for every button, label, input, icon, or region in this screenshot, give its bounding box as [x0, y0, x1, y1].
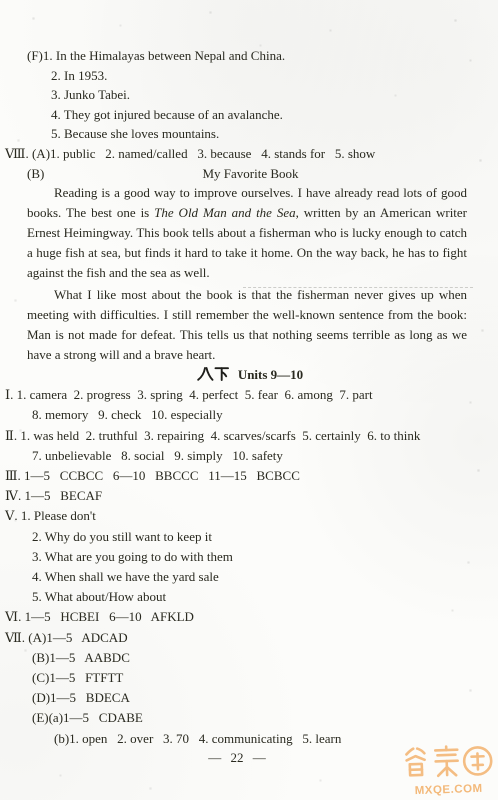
reading-f-item: 3. Junko Tabei.: [0, 85, 474, 105]
reading-f-item: 5. Because she loves mountains.: [0, 124, 474, 144]
answer-line: 2. Why do you still want to keep it: [0, 527, 474, 547]
answer-line: 4. When shall we have the yard sale: [0, 567, 474, 587]
book-title-italic: The Old Man and the Sea: [154, 205, 295, 220]
essay-title: My Favorite Book: [0, 164, 474, 184]
answer-line-VII: Ⅶ. (A)1—5 ADCAD: [0, 628, 474, 648]
answer-line-V: Ⅴ. 1. Please don't: [0, 506, 474, 526]
answer-line: 5. What about/How about: [0, 587, 474, 607]
answer-line: 7. unbelievable 8. social 9. simply 10. …: [0, 446, 474, 466]
section-viii-part-a-line: Ⅷ. (A)1. public 2. named/called 3. becau…: [0, 144, 474, 164]
answer-line: 3. What are you going to do with them: [0, 547, 474, 567]
answer-line: (C)1—5 FTFTT: [0, 668, 474, 688]
reading-f-item: 4. They got injured because of an avalan…: [0, 105, 474, 125]
reading-f-item: 2. In 1953.: [0, 66, 474, 86]
answer-line-IV: Ⅳ. 1—5 BECAF: [0, 486, 474, 506]
answer-line-I: Ⅰ. 1. camera 2. progress 3. spring 4. pe…: [0, 385, 474, 405]
answer-line-II: Ⅱ. 1. was held 2. truthful 3. repairing …: [0, 426, 474, 446]
unit-heading: Units 9—10: [0, 365, 474, 385]
scan-noise-texture: [0, 0, 1, 1]
answer-line-VI: Ⅵ. 1—5 HCBEI 6—10 AFKLD: [0, 607, 474, 627]
scanned-answer-key-page: (F)1. In the Himalayas between Nepal and…: [0, 0, 498, 800]
essay-paragraph-1: Reading is a good way to improve ourselv…: [27, 183, 467, 283]
answer-line-III: Ⅲ. 1—5 CCBCC 6—10 BBCCC 11—15 BCBCC: [0, 466, 474, 486]
reading-f-answer-line: (F)1. In the Himalayas between Nepal and…: [0, 46, 474, 66]
hanzi-ba-xia: [197, 365, 229, 381]
watermark: MXQE.COM: [399, 743, 497, 797]
answer-circle-logo-icon: [402, 743, 493, 784]
watermark-site-text: MXQE.COM: [401, 782, 497, 797]
section-viii-part-b-row: (B) My Favorite Book: [0, 164, 474, 184]
unit-heading-text: Units 9—10: [238, 367, 303, 382]
essay-paragraph-2: What I like most about the book is that …: [27, 285, 467, 365]
answer-line: 8. memory 9. check 10. especially: [0, 405, 474, 425]
page-content: (F)1. In the Himalayas between Nepal and…: [0, 46, 474, 749]
answer-line: (D)1—5 BDECA: [0, 688, 474, 708]
answer-line: (B)1—5 AABDC: [0, 648, 474, 668]
part-b-label: (B): [27, 164, 44, 184]
answer-line: (E)(a)1—5 CDABE: [0, 708, 474, 728]
